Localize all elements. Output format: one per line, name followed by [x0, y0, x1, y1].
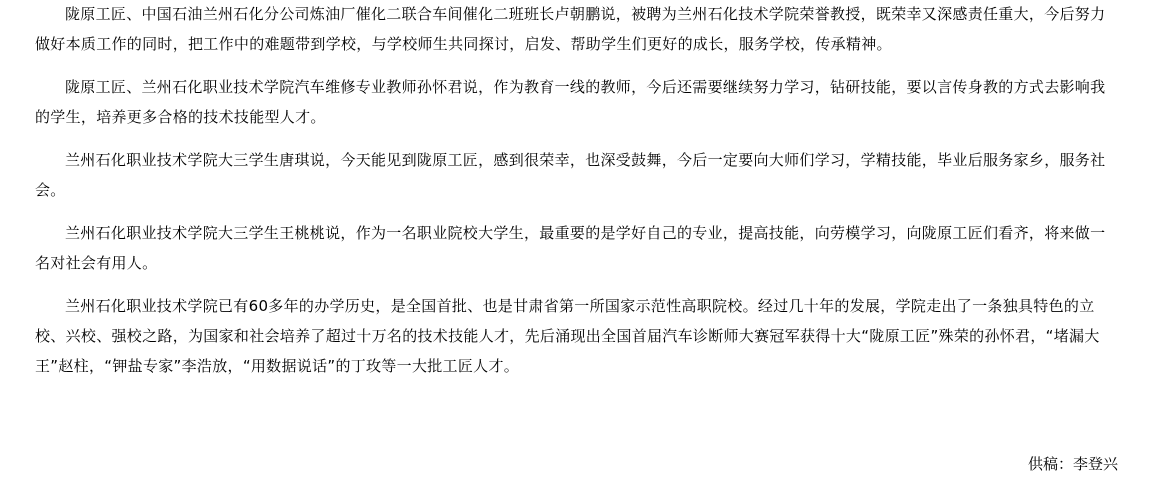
paragraph-wang-taotao: 兰州石化职业技术学院大三学生王桃桃说，作为一名职业院校大学生，最重要的是学好自己…: [35, 218, 1120, 278]
article-body: 陇原工匠、中国石油兰州石化分公司炼油厂催化二联合车间催化二班班长卢朝鹏说，被聘为…: [35, 0, 1120, 394]
article-byline: 供稿：李登兴: [1028, 449, 1118, 479]
paragraph-college-history: 兰州石化职业技术学院已有60多年的办学历史，是全国首批、也是甘肃省第一所国家示范…: [35, 291, 1120, 381]
paragraph-lu-chaopeng: 陇原工匠、中国石油兰州石化分公司炼油厂催化二联合车间催化二班班长卢朝鹏说，被聘为…: [35, 0, 1120, 59]
paragraph-sun-huaijun: 陇原工匠、兰州石化职业技术学院汽车维修专业教师孙怀君说，作为教育一线的教师，今后…: [35, 72, 1120, 132]
paragraph-tang-qi: 兰州石化职业技术学院大三学生唐琪说，今天能见到陇原工匠，感到很荣幸，也深受鼓舞，…: [35, 145, 1120, 205]
